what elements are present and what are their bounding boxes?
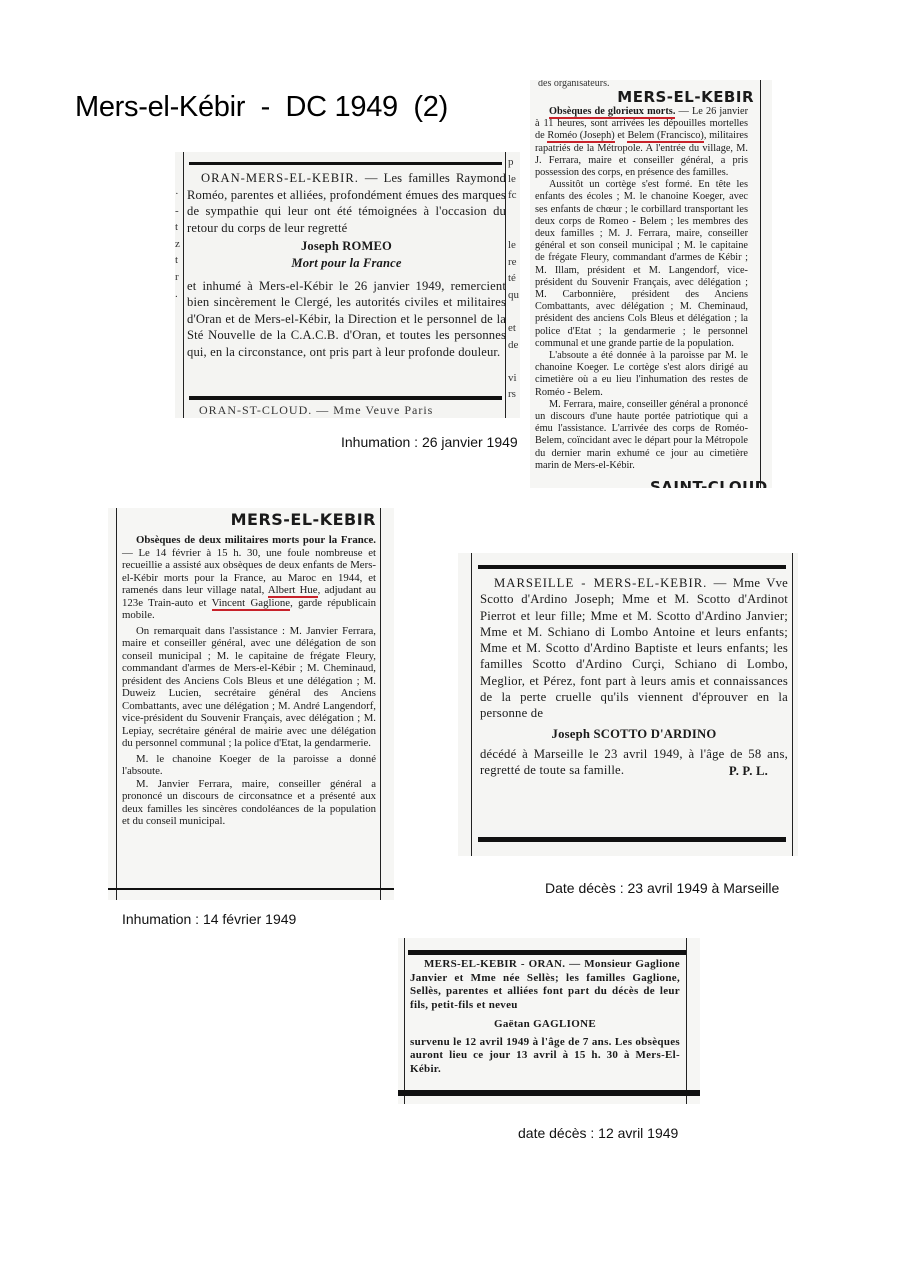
place-heading: MARSEILLE - MERS-EL-KEBIR. [494,576,707,590]
top-rule [478,565,786,569]
section-header: MERS-EL-KEBIR [231,510,376,529]
footer-fragment: SAINT-CLOUD [650,478,768,488]
body-paragraph: On remarquait dans l'assistance : M. Jan… [122,625,376,750]
body-paragraph: M. le chanoine Koeger de la paroisse a d… [122,753,376,778]
column-rule-right [760,80,761,488]
name-underlined-romeo: Roméo (Joseph) [547,130,614,143]
clipping-romeo-thanks: · - t z t r . p le fc le re té qu et de … [175,152,520,418]
place-heading: MERS-EL-KEBIR - ORAN. [424,958,565,970]
clipping-body: Obsèques de deux militaires morts pour l… [122,534,376,828]
bottom-rule [398,1090,700,1096]
body-paragraph: M. Ferrara, maire, conseiller général a … [535,399,748,472]
body-paragraph: M. Janvier Ferrara, maire, conseiller gé… [122,778,376,828]
caption-deces-12-avril: date décès : 12 avril 1949 [518,1125,678,1141]
section-header: MERS-EL-KEBIR [617,88,754,106]
top-rule [408,950,686,955]
column-rule-left [404,938,405,1104]
clipping-romeo-belem-funeral: des organisateurs. MERS-EL-KEBIR Obsèque… [530,80,772,488]
body-text: et [615,130,628,141]
column-rule-right [380,508,381,900]
intro-text: — Mme Vve Scotto d'Ardino Joseph; Mme et… [480,576,788,720]
clipping-scotto-dardino-death: MARSEILLE - MERS-EL-KEBIR. — Mme Vve Sco… [458,553,798,856]
footer-fragment: ORAN-ST-CLOUD. — Mme Veuve Paris [199,402,433,418]
right-edge-fragment: p le fc le re té qu et de vi rs [508,154,519,403]
column-rule-right [792,553,793,856]
body-text: survenu le 12 avril 1949 à l'âge de 7 an… [410,1036,680,1077]
headline: Obsèques de deux militaires morts pour l… [136,534,376,546]
clipping-hue-gaglione-funeral: MERS-EL-KEBIR Obsèques de deux militaire… [108,508,394,900]
page-title: Mers-el-Kébir - DC 1949 (2) [75,91,448,124]
clipping-body: MERS-EL-KEBIR - ORAN. — Monsieur Gaglion… [410,958,680,1076]
caption-inhumation-14-fevrier: Inhumation : 14 février 1949 [122,911,296,927]
headline-underlined: Obsèques de glorieux morts. [549,106,675,119]
deceased-subtitle: Mort pour la France [187,255,506,272]
left-edge-fragment: · - t z t r . [175,186,180,302]
column-rule-left [471,553,472,856]
column-rule-right [686,938,687,1104]
bottom-rule [108,888,394,890]
column-rule-left [116,508,117,900]
place-heading: ORAN-MERS-EL-KEBIR. [201,171,359,185]
clipping-body: MARSEILLE - MERS-EL-KEBIR. — Mme Vve Sco… [480,575,788,779]
column-rule-left [183,152,184,418]
name-underlined-belem: Belem (Francisco) [627,130,703,143]
top-fragment: des organisateurs. [538,80,609,93]
bottom-rule [189,396,502,400]
body-paragraph: L'absoute a été donnée à la paroisse par… [535,350,748,399]
clipping-body: ORAN-MERS-EL-KEBIR. — Les familles Raymo… [187,170,506,361]
top-rule [189,162,502,165]
clipping-gaglione-death: MERS-EL-KEBIR - ORAN. — Monsieur Gaglion… [398,938,700,1104]
bottom-rule [478,837,786,842]
body-paragraph: Aussitôt un cortège s'est formé. En tête… [535,179,748,350]
clipping-body: Obsèques de glorieux morts. — Le 26 janv… [535,106,748,472]
deceased-name: Joseph ROMEO [187,238,506,255]
deceased-name: Gaëtan GAGLIONE [410,1018,680,1032]
deceased-name: Joseph SCOTTO D'ARDINO [480,726,788,742]
body-text: et inhumé à Mers-el-Kébir le 26 janvier … [187,278,506,361]
caption-inhumation-26-janvier: Inhumation : 26 janvier 1949 [341,434,518,450]
caption-deces-23-avril: Date décès : 23 avril 1949 à Marseille [545,880,779,896]
name-underlined-gaglione: Vincent Gaglione [212,597,290,611]
